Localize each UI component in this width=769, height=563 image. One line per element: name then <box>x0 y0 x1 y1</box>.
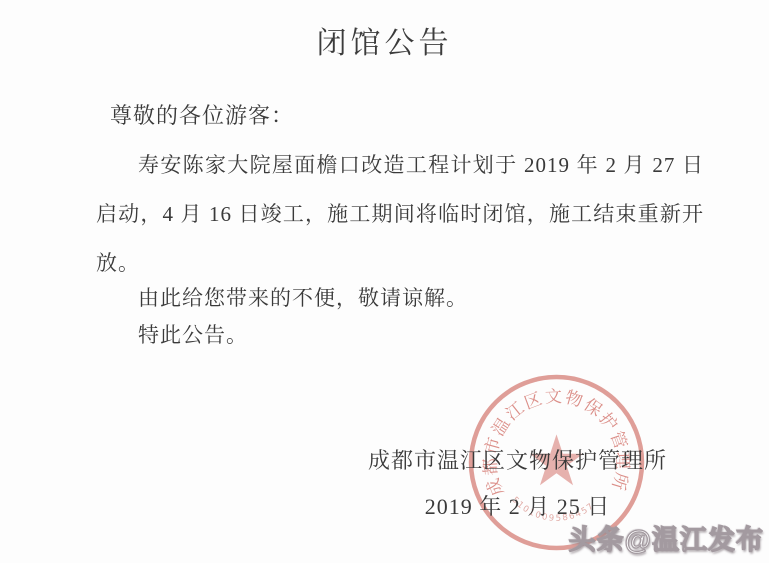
notice-title: 闭馆公告 <box>0 18 769 62</box>
watermark: 头条@温江发布 <box>569 518 764 557</box>
signature-org: 成都市温江区文物保护管理所 <box>368 438 667 484</box>
body-paragraph-1: 寿安陈家大院屋面檐口改造工程计划于 2019 年 2 月 27 日启动，4 月 … <box>96 141 704 288</box>
body-paragraph-3: 特此公告。 <box>96 311 704 360</box>
salutation: 尊敬的各位游客： <box>110 99 294 130</box>
notice-document: 闭馆公告 尊敬的各位游客： 寿安陈家大院屋面檐口改造工程计划于 2019 年 2… <box>0 0 769 563</box>
signature-block: 成都市温江区文物保护管理所 2019 年 2 月 25 日 <box>368 438 667 530</box>
